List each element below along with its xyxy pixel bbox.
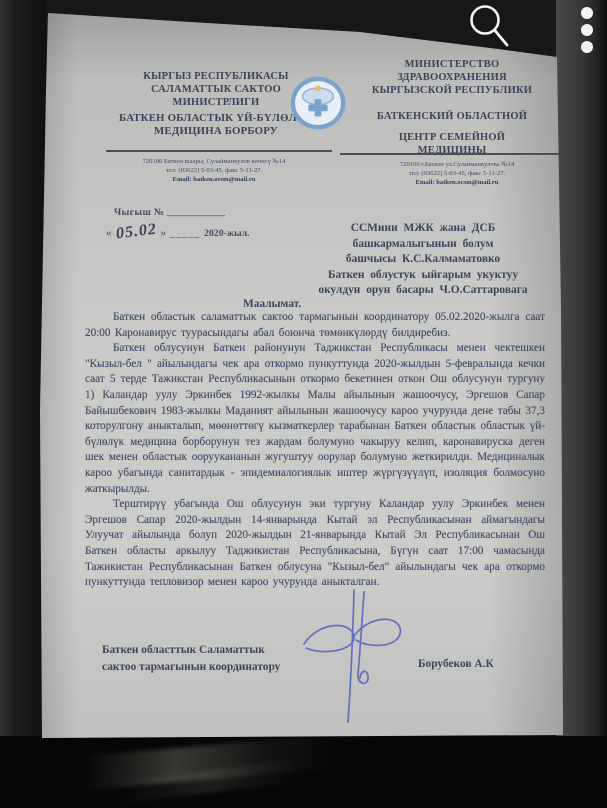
- divider-left: [106, 150, 332, 152]
- photo-viewer-screen: { "toolbar": { "search_icon": "magnifier…: [0, 0, 607, 808]
- photo-background-right: [556, 0, 607, 756]
- signature-title: Баткен областтык Саламаттык сактоо тарма…: [102, 642, 362, 676]
- paragraph-2: Баткен облусунун Баткен районунун Таджик…: [85, 341, 545, 497]
- contact-block-kyrgyz: 720100 Баткен шаары, Сулайманкулов көчөс…: [96, 157, 332, 184]
- kebab-menu-icon[interactable]: [574, 2, 600, 58]
- paragraph-3: Терштирүү убагында Ош облусунун эки тург…: [85, 497, 545, 591]
- outgoing-number-line: Чыгыш № ___________: [114, 207, 225, 218]
- letterhead-russian: МИНИСТЕРСТВО ЗДРАВООХРАНЕНИЯ КЫРГЫЗСКОЙ …: [338, 58, 566, 97]
- document-page: КЫРГЫЗ РЕСПУБЛИКАСЫ САЛАМАТТЫК САКТОО МИ…: [40, 10, 563, 738]
- letterhead-russian-org: БАТКЕНСКИЙ ОБЛАСТНОЙ: [338, 110, 566, 123]
- date-line: « 05.02 » _____ 2020-жыл.: [106, 223, 306, 253]
- divider-right: [340, 153, 564, 155]
- recipient-note: Маалымат.: [243, 298, 301, 310]
- recipient-block: ССМини МЖК жана ДСБ башкармалыгынын болу…: [278, 221, 568, 299]
- handwritten-date: 05.02: [115, 221, 158, 244]
- contact-block-russian: 720100 г.Баткен ул.Сулайманкулова №14 те…: [342, 160, 572, 187]
- photo-background-bottom: [0, 736, 607, 808]
- paragraph-1: Баткен областык саламаттык сактоо тармаг…: [85, 310, 545, 341]
- signatory-name: Борубеков А.К: [418, 658, 494, 670]
- letter-body: Баткен областык саламаттык сактоо тармаг…: [85, 310, 545, 591]
- search-icon[interactable]: [464, 2, 512, 50]
- photo-background-left: [0, 0, 46, 770]
